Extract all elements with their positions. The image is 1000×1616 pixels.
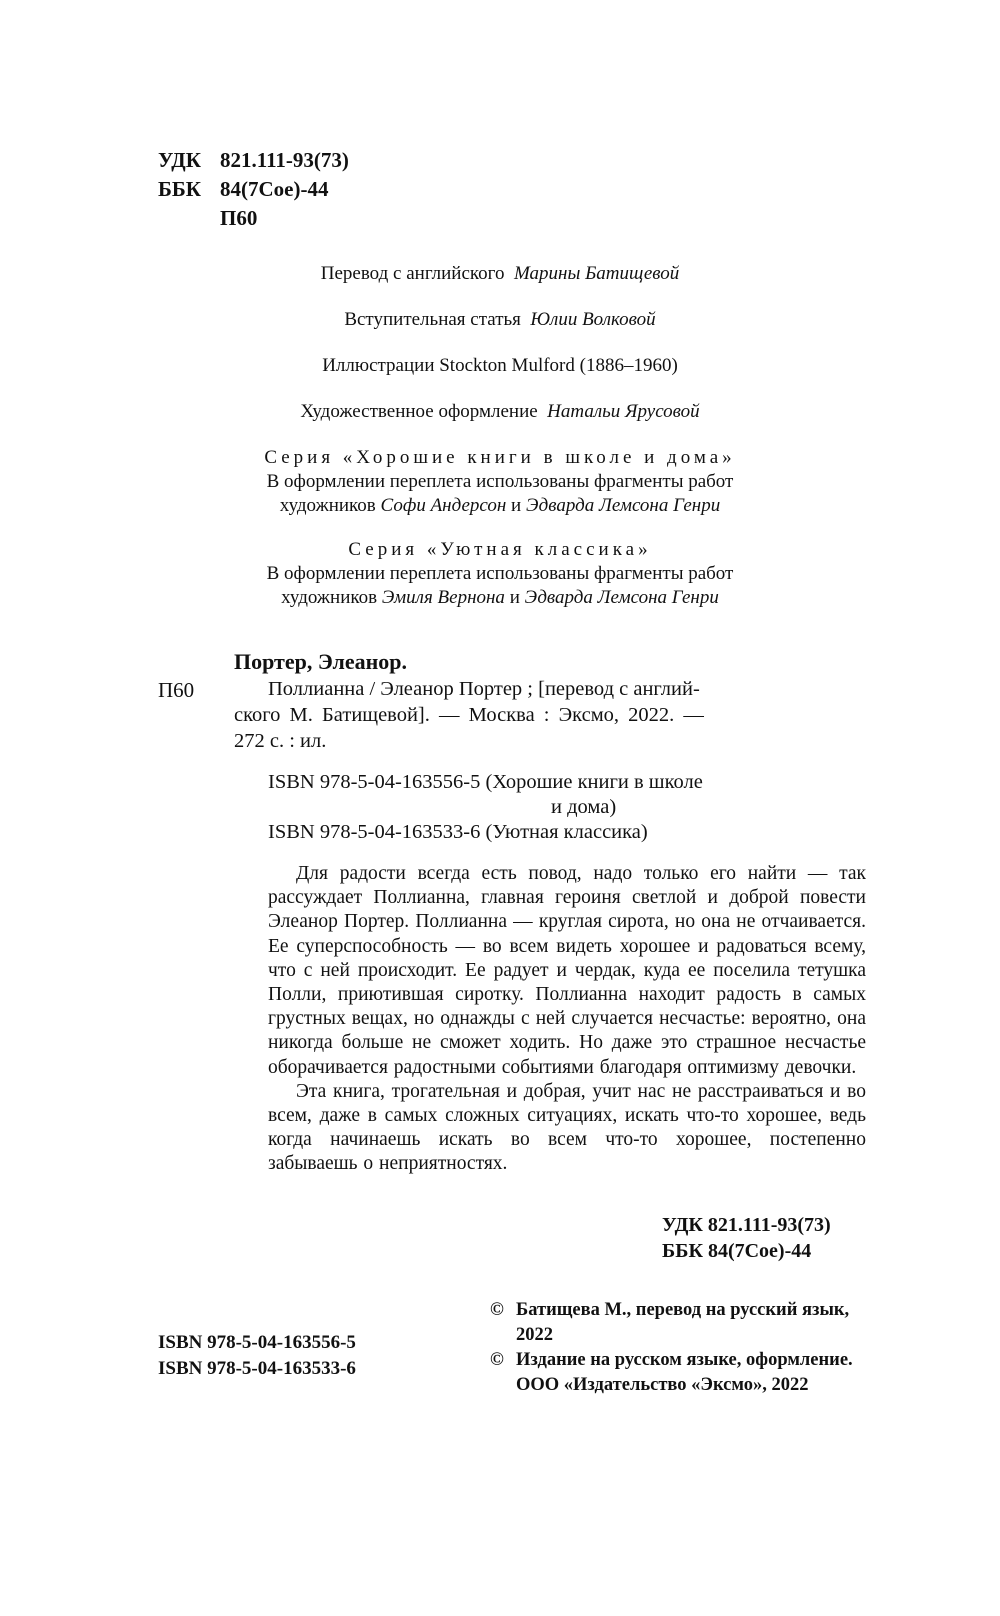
annotation: Для радости всегда есть повод, надо толь… — [268, 862, 866, 1177]
isbn-block: ISBN 978-5-04-163556-5 (Хорошие книги в … — [268, 770, 703, 845]
author-mark-top: П60 — [158, 204, 349, 233]
series-title: Серия «Хорошие книги в школе и дома» — [0, 446, 1000, 470]
udk-value: 821.111-93(73) — [220, 148, 349, 172]
credit-label: Вступительная статья — [344, 309, 521, 330]
isbn-line: ISBN 978-5-04-163533-6 (Уютная классика) — [268, 820, 703, 845]
isbn-series-cont: и дома) — [268, 795, 703, 820]
artist-name: Софи Андерсон — [381, 495, 507, 516]
author-mark-bib: П60 — [158, 676, 194, 704]
isbn-number: ISBN 978-5-04-163556-5 — [268, 771, 480, 793]
series-artists: художников Эмиля Вернона и Эдварда Лемсо… — [0, 586, 1000, 610]
udk-label: УДК — [158, 146, 220, 175]
series-block-1: Серия «Хорошие книги в школе и дома» В о… — [0, 446, 1000, 518]
annotation-paragraph: Для радости всегда есть повод, надо толь… — [268, 862, 866, 1080]
classification-top: УДК821.111-93(73) ББК84(7Сое)-44 П60 — [158, 146, 349, 233]
artist-name: Эдварда Лемсона Генри — [525, 587, 719, 608]
series-cover-note: В оформлении переплета использованы фраг… — [0, 562, 1000, 586]
series-artists: художников Софи Андерсон и Эдварда Лемсо… — [0, 494, 1000, 518]
credit-label: Перевод с английского — [321, 263, 505, 284]
credit-name: Марины Батищевой — [514, 263, 679, 284]
isbn-line: ISBN 978-5-04-163556-5 (Хорошие книги в … — [268, 770, 703, 795]
udk-line: УДК821.111-93(73) — [158, 146, 349, 175]
credit-name: Натальи Ярусовой — [547, 401, 699, 422]
series-block-2: Серия «Уютная классика» В оформлении пер… — [0, 538, 1000, 610]
isbn-bottom: ISBN 978-5-04-163556-5 ISBN 978-5-04-163… — [158, 1330, 356, 1382]
bbk-line: ББК84(7Сое)-44 — [158, 175, 349, 204]
artist-name: Эдварда Лемсона Генри — [526, 495, 720, 516]
credit-illustrations: Иллюстрации Stockton Mulford (1886–1960) — [0, 354, 1000, 378]
artist-name: Эмиля Вернона — [382, 587, 505, 608]
bbk-value: 84(7Сое)-44 — [220, 177, 328, 201]
credit-translation: Перевод с английского Марины Батищевой — [0, 262, 1000, 286]
credit-label: Художественное оформление — [300, 401, 537, 422]
author-heading: Портер, Элеанор. — [234, 648, 407, 676]
bbk-label: ББК — [158, 175, 220, 204]
isbn-number: ISBN 978-5-04-163556-5 — [158, 1330, 356, 1356]
isbn-number: ISBN 978-5-04-163533-6 — [158, 1356, 356, 1382]
series-title: Серия «Уютная классика» — [0, 538, 1000, 562]
annotation-paragraph: Эта книга, трогательная и добрая, учит н… — [268, 1080, 866, 1177]
credit-label: Иллюстрации Stockton Mulford (1886–1960) — [322, 355, 678, 376]
isbn-series: (Хорошие книги в школе — [486, 771, 703, 793]
copyright-entry: © Батищева М., перевод на русский язык, … — [490, 1298, 853, 1348]
classification-bottom: УДК 821.111-93(73) ББК 84(7Сое)-44 — [662, 1212, 831, 1264]
isbn-series: (Уютная классика) — [486, 821, 648, 843]
isbn-number: ISBN 978-5-04-163533-6 — [268, 821, 480, 843]
copyright-icon: © — [490, 1298, 516, 1348]
copyright-entry: © Издание на русском языке, оформление. … — [490, 1348, 853, 1398]
credit-name: Юлии Волковой — [530, 309, 655, 330]
udk-line: УДК 821.111-93(73) — [662, 1212, 831, 1238]
bibliographic-description: Поллианна / Элеанор Портер ; [перевод с … — [234, 676, 866, 754]
copyright-icon: © — [490, 1348, 516, 1398]
credit-design: Художественное оформление Натальи Ярусов… — [0, 400, 1000, 424]
copyright-block: © Батищева М., перевод на русский язык, … — [490, 1298, 853, 1398]
credit-introduction: Вступительная статья Юлии Волковой — [0, 308, 1000, 332]
series-cover-note: В оформлении переплета использованы фраг… — [0, 470, 1000, 494]
bbk-line: ББК 84(7Сое)-44 — [662, 1238, 831, 1264]
